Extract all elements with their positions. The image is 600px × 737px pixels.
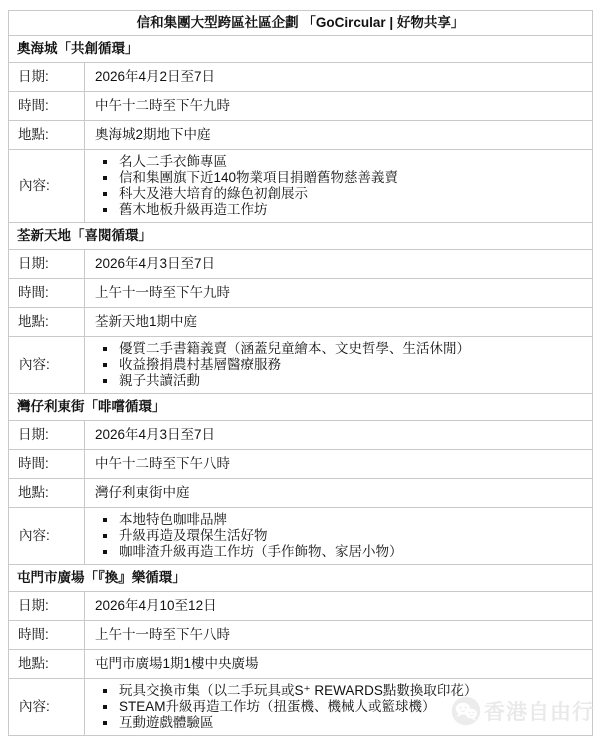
page: 信和集團大型跨區社區企劃 「GoCircular | 好物共享」 奧海城「共創循… xyxy=(0,0,600,737)
field-label-date: 日期: xyxy=(9,592,85,621)
field-label-date: 日期: xyxy=(9,250,85,279)
table-row: 荃新天地「喜閱循環」 xyxy=(9,223,593,250)
table-title: 信和集團大型跨區社區企劃 「GoCircular | 好物共享」 xyxy=(9,11,593,36)
table-row: 時間: 上午十一時至下午八時 xyxy=(9,621,593,650)
field-label-time: 時間: xyxy=(9,92,85,121)
field-value-time: 中午十二時至下午八時 xyxy=(85,450,593,479)
table-row: 日期: 2026年4月10至12日 xyxy=(9,592,593,621)
bullet-item: 優質二手書籍義賣（涵蓋兒童繪本、文史哲學、生活休閒） xyxy=(95,341,584,357)
bullet-item: 親子共讀活動 xyxy=(95,373,584,389)
bullet-item: 信和集團旗下近140物業項目捐贈舊物慈善義賣 xyxy=(95,170,584,186)
field-value-date: 2026年4月10至12日 xyxy=(85,592,593,621)
table-row: 日期: 2026年4月3日至7日 xyxy=(9,250,593,279)
field-value-time: 中午十二時至下午九時 xyxy=(85,92,593,121)
section-heading: 屯門市廣場「『換』樂循環」 xyxy=(9,565,593,592)
field-label-date: 日期: xyxy=(9,421,85,450)
field-label-venue: 地點: xyxy=(9,308,85,337)
table-row: 地點: 屯門市廣場1期1樓中央廣場 xyxy=(9,650,593,679)
field-label-content: 內容: xyxy=(9,679,85,736)
field-value-venue: 灣仔利東街中庭 xyxy=(85,479,593,508)
field-label-venue: 地點: xyxy=(9,650,85,679)
field-label-content: 內容: xyxy=(9,150,85,223)
section-heading: 荃新天地「喜閱循環」 xyxy=(9,223,593,250)
bullet-item: 咖啡渣升級再造工作坊（手作飾物、家居小物） xyxy=(95,544,584,560)
field-value-content: 玩具交換市集（以二手玩具或S⁺ REWARDS點數換取印花） STEAM升級再造… xyxy=(85,679,593,736)
field-value-date: 2026年4月2日至7日 xyxy=(85,63,593,92)
bullet-item: 科大及港大培育的綠色初創展示 xyxy=(95,186,584,202)
table-row: 屯門市廣場「『換』樂循環」 xyxy=(9,565,593,592)
field-label-time: 時間: xyxy=(9,450,85,479)
field-label-venue: 地點: xyxy=(9,121,85,150)
table-row: 地點: 荃新天地1期中庭 xyxy=(9,308,593,337)
bullet-item: STEAM升級再造工作坊（扭蛋機、機械人或籃球機） xyxy=(95,699,584,715)
field-label-time: 時間: xyxy=(9,279,85,308)
bullet-item: 升級再造及環保生活好物 xyxy=(95,528,584,544)
bullet-item: 名人二手衣飾專區 xyxy=(95,154,584,170)
field-label-date: 日期: xyxy=(9,63,85,92)
table-row: 地點: 灣仔利東街中庭 xyxy=(9,479,593,508)
table-row: 時間: 上午十一時至下午九時 xyxy=(9,279,593,308)
bullet-item: 舊木地板升級再造工作坊 xyxy=(95,202,584,218)
bullet-item: 互動遊戲體驗區 xyxy=(95,715,584,731)
field-value-date: 2026年4月3日至7日 xyxy=(85,421,593,450)
field-label-content: 內容: xyxy=(9,337,85,394)
bullet-item: 收益撥捐農村基層醫療服務 xyxy=(95,357,584,373)
field-value-content: 名人二手衣飾專區 信和集團旗下近140物業項目捐贈舊物慈善義賣 科大及港大培育的… xyxy=(85,150,593,223)
table-row: 內容: 名人二手衣飾專區 信和集團旗下近140物業項目捐贈舊物慈善義賣 科大及港… xyxy=(9,150,593,223)
bullet-list: 名人二手衣飾專區 信和集團旗下近140物業項目捐贈舊物慈善義賣 科大及港大培育的… xyxy=(95,154,584,218)
field-value-venue: 荃新天地1期中庭 xyxy=(85,308,593,337)
field-value-venue: 奧海城2期地下中庭 xyxy=(85,121,593,150)
bullet-list: 玩具交換市集（以二手玩具或S⁺ REWARDS點數換取印花） STEAM升級再造… xyxy=(95,683,584,731)
section-heading: 灣仔利東街「啡嚐循環」 xyxy=(9,394,593,421)
table-row: 地點: 奧海城2期地下中庭 xyxy=(9,121,593,150)
section-heading: 奧海城「共創循環」 xyxy=(9,36,593,63)
bullet-item: 玩具交換市集（以二手玩具或S⁺ REWARDS點數換取印花） xyxy=(95,683,584,699)
table-row: 日期: 2026年4月3日至7日 xyxy=(9,421,593,450)
table-row: 內容: 優質二手書籍義賣（涵蓋兒童繪本、文史哲學、生活休閒） 收益撥捐農村基層醫… xyxy=(9,337,593,394)
bullet-list: 優質二手書籍義賣（涵蓋兒童繪本、文史哲學、生活休閒） 收益撥捐農村基層醫療服務 … xyxy=(95,341,584,389)
field-value-content: 本地特色咖啡品牌 升級再造及環保生活好物 咖啡渣升級再造工作坊（手作飾物、家居小… xyxy=(85,508,593,565)
bullet-list: 本地特色咖啡品牌 升級再造及環保生活好物 咖啡渣升級再造工作坊（手作飾物、家居小… xyxy=(95,512,584,560)
table-row: 內容: 玩具交換市集（以二手玩具或S⁺ REWARDS點數換取印花） STEAM… xyxy=(9,679,593,736)
field-value-content: 優質二手書籍義賣（涵蓋兒童繪本、文史哲學、生活休閒） 收益撥捐農村基層醫療服務 … xyxy=(85,337,593,394)
field-value-time: 上午十一時至下午八時 xyxy=(85,621,593,650)
table-row: 時間: 中午十二時至下午九時 xyxy=(9,92,593,121)
table-row: 日期: 2026年4月2日至7日 xyxy=(9,63,593,92)
table-row: 灣仔利東街「啡嚐循環」 xyxy=(9,394,593,421)
field-value-time: 上午十一時至下午九時 xyxy=(85,279,593,308)
field-label-time: 時間: xyxy=(9,621,85,650)
table-row: 內容: 本地特色咖啡品牌 升級再造及環保生活好物 咖啡渣升級再造工作坊（手作飾物… xyxy=(9,508,593,565)
field-label-venue: 地點: xyxy=(9,479,85,508)
event-schedule-table: 信和集團大型跨區社區企劃 「GoCircular | 好物共享」 奧海城「共創循… xyxy=(8,10,593,736)
table-row: 時間: 中午十二時至下午八時 xyxy=(9,450,593,479)
table-row: 信和集團大型跨區社區企劃 「GoCircular | 好物共享」 xyxy=(9,11,593,36)
bullet-item: 本地特色咖啡品牌 xyxy=(95,512,584,528)
field-label-content: 內容: xyxy=(9,508,85,565)
field-value-venue: 屯門市廣場1期1樓中央廣場 xyxy=(85,650,593,679)
field-value-date: 2026年4月3日至7日 xyxy=(85,250,593,279)
table-row: 奧海城「共創循環」 xyxy=(9,36,593,63)
